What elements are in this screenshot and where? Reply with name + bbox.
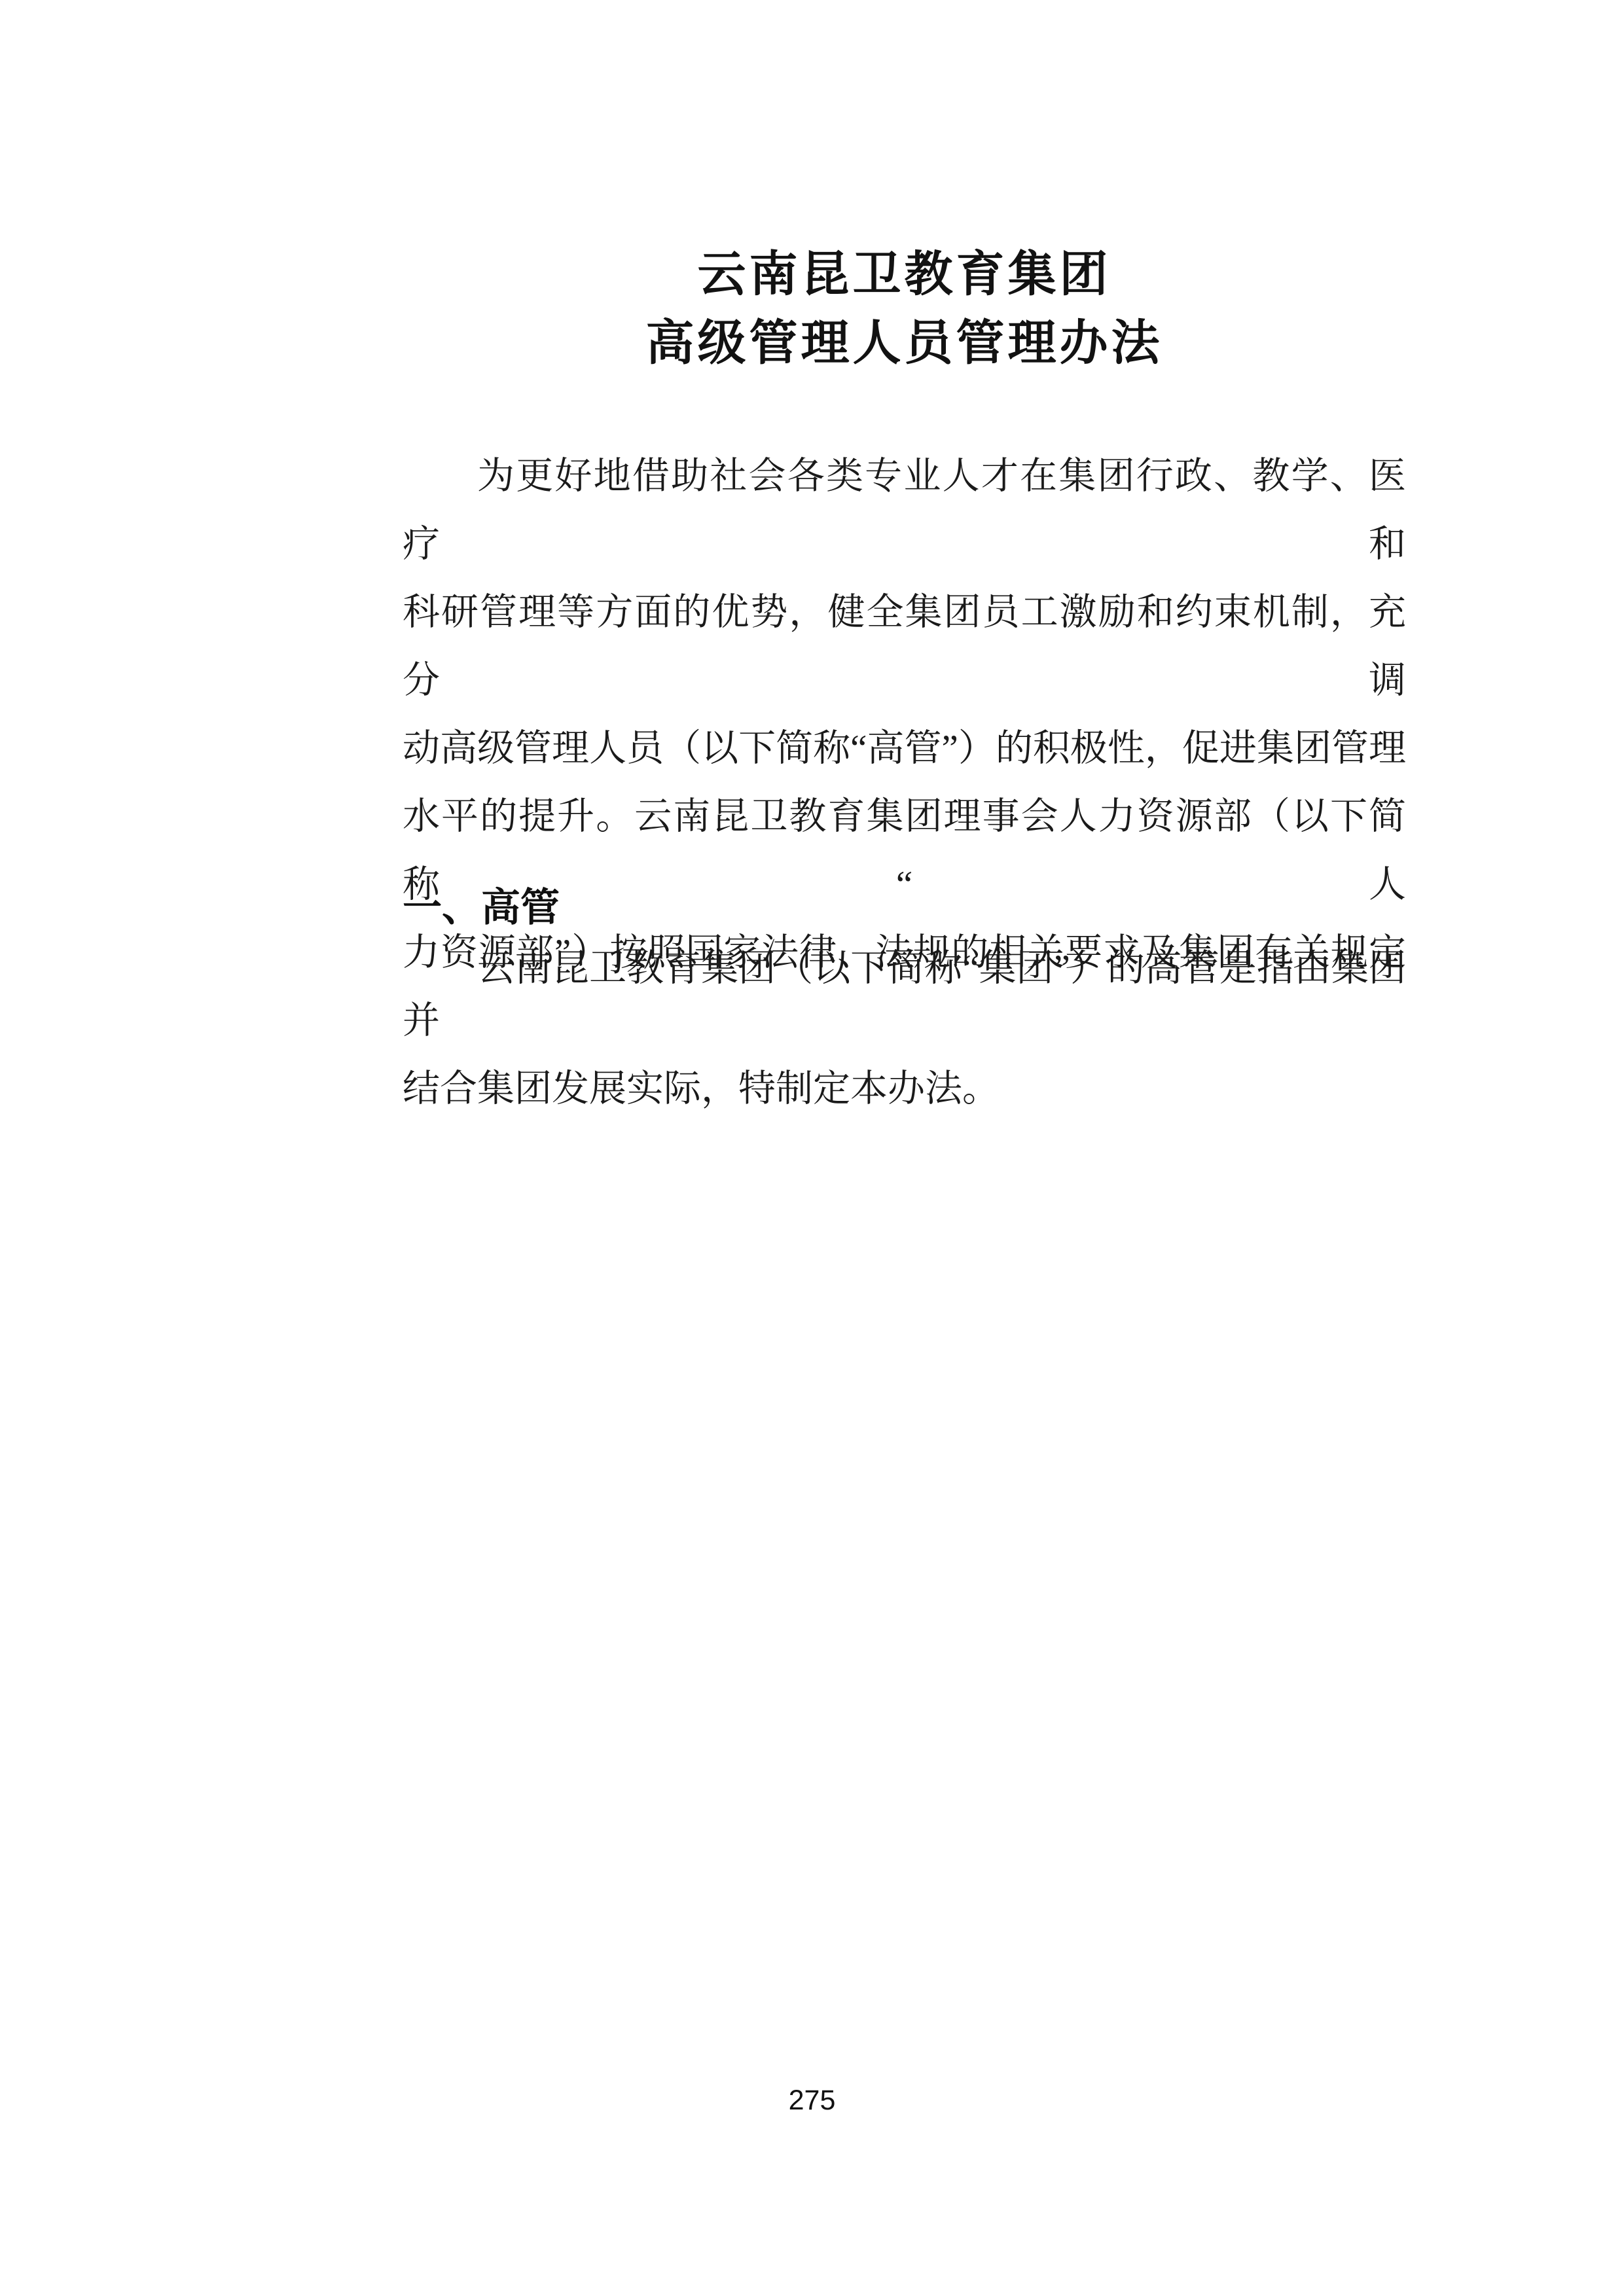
paragraph-line: 动高级管理人员（以下简称“高管”）的积极性，促进集团管理 [403, 715, 1406, 783]
document-title-line-1: 云南昆卫教育集团 [403, 241, 1406, 310]
paragraph-intro: 为更好地借助社会各类专业人才在集团行政、教学、医疗和 科研管理等方面的优势，健全… [403, 442, 1406, 1123]
paragraph-line: 科研管理等方面的优势，健全集团员工激励和约束机制，充分调 [403, 579, 1406, 715]
document-title-line-2: 高级管理人员管理办法 [403, 310, 1406, 378]
paragraph-line: 云南昆卫教育集团（以下简称“集团”）的高管是指由集团 [403, 935, 1406, 1003]
paragraph-gaoguan: 云南昆卫教育集团（以下简称“集团”）的高管是指由集团 [403, 935, 1406, 1003]
document-title: 云南昆卫教育集团 高级管理人员管理办法 [403, 241, 1406, 378]
paragraph-line: 为更好地借助社会各类专业人才在集团行政、教学、医疗和 [403, 442, 1406, 579]
section-heading-gaoguan: 一、高管 [403, 874, 1406, 942]
document-page: 云南昆卫教育集团 高级管理人员管理办法 为更好地借助社会各类专业人才在集团行政、… [0, 0, 1624, 2296]
paragraph-line: 结合集团发展实际，特制定本办法。 [403, 1055, 1406, 1123]
page-number: 275 [0, 2085, 1624, 2117]
